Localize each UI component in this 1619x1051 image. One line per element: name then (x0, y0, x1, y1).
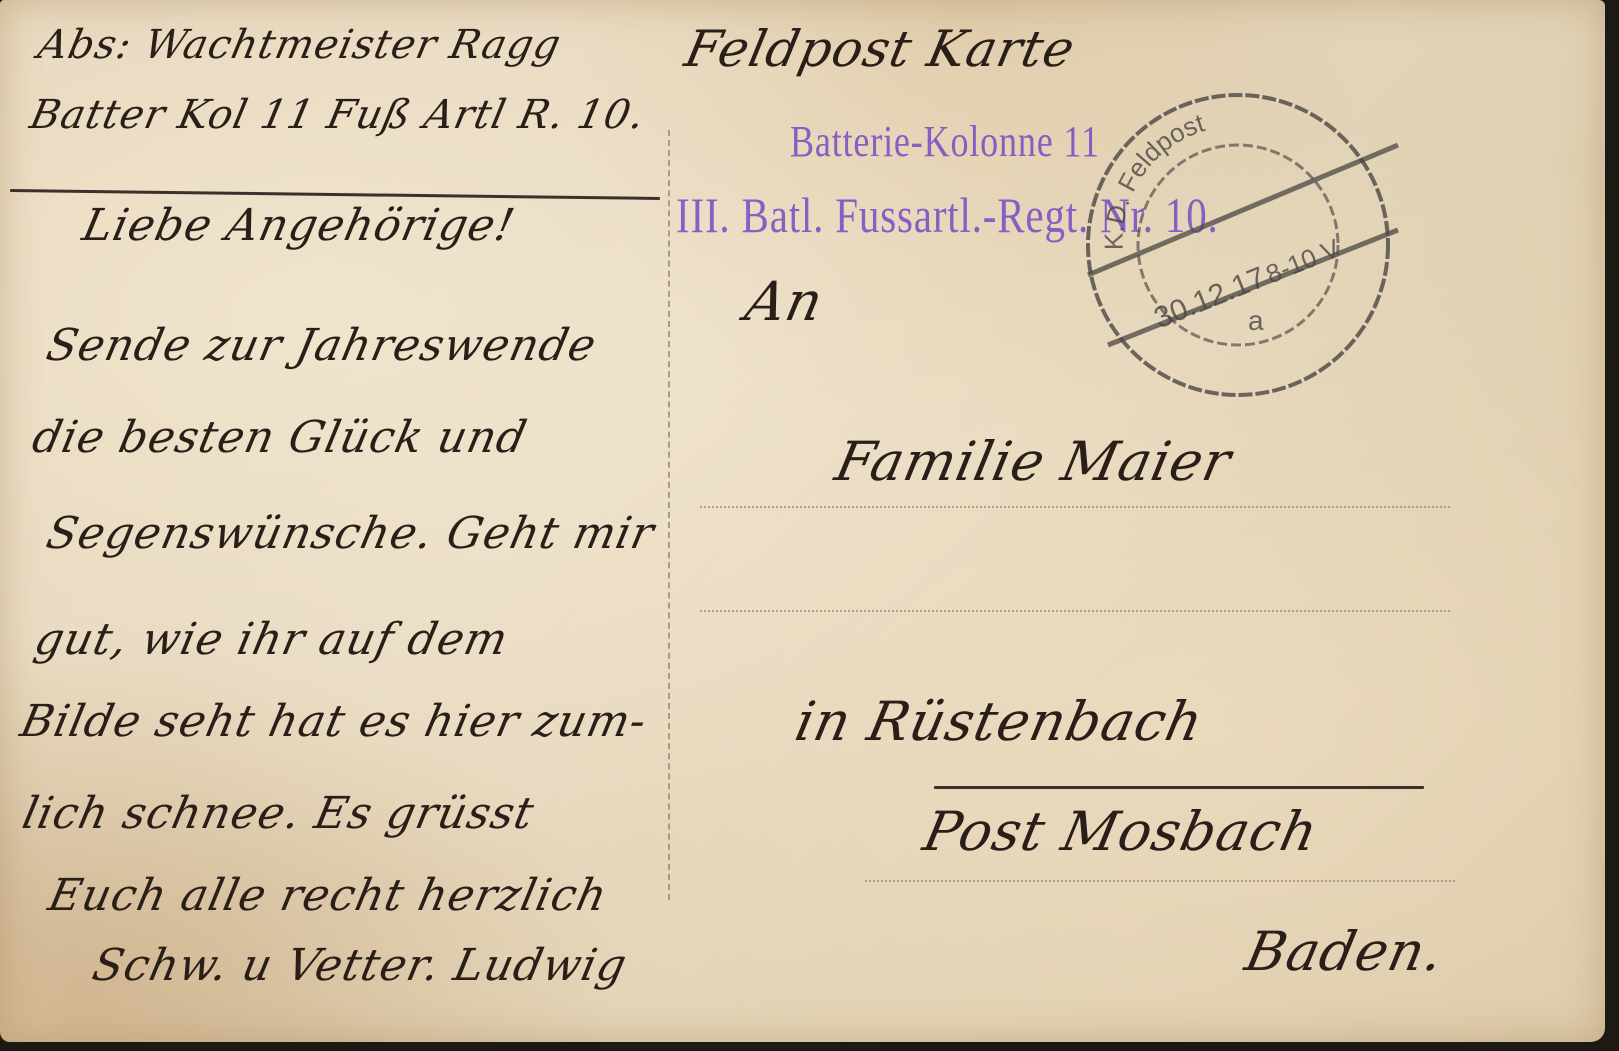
card-type-label: Feldpost Karte (680, 20, 1080, 78)
address-place: in Rüstenbach (790, 690, 1209, 753)
address-place-underline (934, 786, 1424, 789)
message-line: Segenswünsche. Geht mir (42, 508, 659, 559)
postcard: Abs: Wachtmeister Ragg Batter Kol 11 Fuß… (0, 0, 1605, 1042)
sender-underline (10, 189, 660, 200)
message-salutation: Liebe Angehörige! (78, 200, 520, 251)
message-line: gut, wie ihr auf dem (30, 614, 513, 665)
sender-name-line: Abs: Wachtmeister Ragg (34, 22, 565, 68)
card-divider (668, 130, 670, 900)
message-line: die besten Glück und (28, 412, 532, 463)
address-region: Baden. (1240, 920, 1450, 983)
address-post: Post Mosbach (918, 800, 1324, 863)
address-to: An (740, 270, 829, 333)
address-recipient: Familie Maier (830, 430, 1237, 493)
address-dotted-line (865, 880, 1455, 882)
message-line: Bilde seht hat es hier zum- (16, 696, 652, 747)
message-line: Euch alle recht herzlich (44, 870, 612, 921)
address-dotted-line (700, 506, 1450, 508)
message-line: Sende zur Jahreswende (42, 320, 601, 371)
postmark-letter: a (1248, 305, 1264, 336)
sender-unit-line: Batter Kol 11 Fuß Artl R. 10. (26, 92, 649, 138)
postmark-circle-icon: K.D. Feldpost 30.12.17 8-10 V a (1068, 80, 1402, 406)
message-line: lich schnee. Es grüsst (18, 788, 539, 839)
message-signature: Schw. u Vetter. Ludwig (88, 940, 632, 991)
postmark: K.D. Feldpost 30.12.17 8-10 V a (1068, 80, 1402, 406)
unit-stamp-line1: Batterie-Kolonne 11 (790, 116, 1100, 167)
address-dotted-line (700, 610, 1450, 612)
